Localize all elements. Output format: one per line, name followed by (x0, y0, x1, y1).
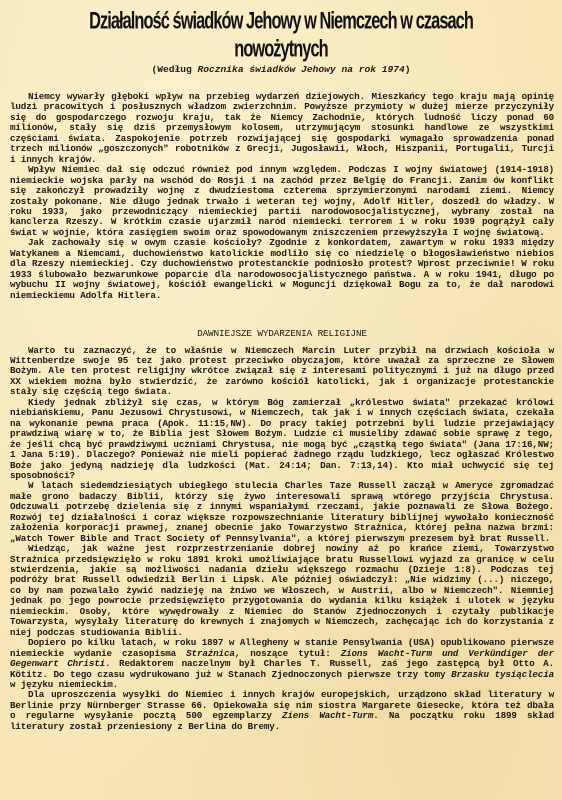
paragraph: Wpływ Niemiec dał się odczuć również pod… (10, 165, 554, 238)
subtitle-prefix: (Według (151, 64, 197, 75)
document-subtitle: (Według Rocznika świadków Jehowy na rok … (0, 64, 562, 75)
paragraph: Jak zachowały się w owym czasie kościoły… (10, 238, 554, 301)
document-page: Działalność świadków Jehowy w Niemczech … (0, 0, 562, 800)
publication-title: Strażnica (186, 648, 235, 659)
subtitle-suffix: ) (405, 64, 411, 75)
document-title: Działalność świadków Jehowy w Niemczech … (62, 8, 500, 63)
document-body: Niemcy wywarły głęboki wpływ na przebieg… (10, 92, 554, 732)
text-run: w języku niemieckim. (10, 679, 118, 690)
publication-title: Ziens Wacht-Turm (282, 710, 373, 721)
subtitle-source: Rocznika świadków Jehowy na rok 1974 (198, 64, 405, 75)
paragraph: Kiedy jednak zbliżył się czas, w którym … (10, 398, 554, 482)
paragraph: Wiedząc, jak ważne jest rozprzestrzenian… (10, 544, 554, 638)
text-run: , noszące tytuł: (235, 648, 341, 659)
paragraph: Niemcy wywarły głęboki wpływ na przebieg… (10, 92, 554, 165)
paragraph: Dla uproszczenia wysyłki do Niemiec i in… (10, 690, 554, 732)
paragraph: W latach siedemdziesiątych ubiegłego stu… (10, 481, 554, 544)
publication-title: Brzasku tysiąclecia (451, 669, 554, 680)
paragraph: Warto tu zaznaczyć, że to właśnie w Niem… (10, 346, 554, 398)
paragraph: Dopiero po kilku latach, w roku 1897 w A… (10, 638, 554, 690)
section-heading: DAWNIEJSZE WYDARZENIA RELIGIJNE (10, 329, 554, 339)
